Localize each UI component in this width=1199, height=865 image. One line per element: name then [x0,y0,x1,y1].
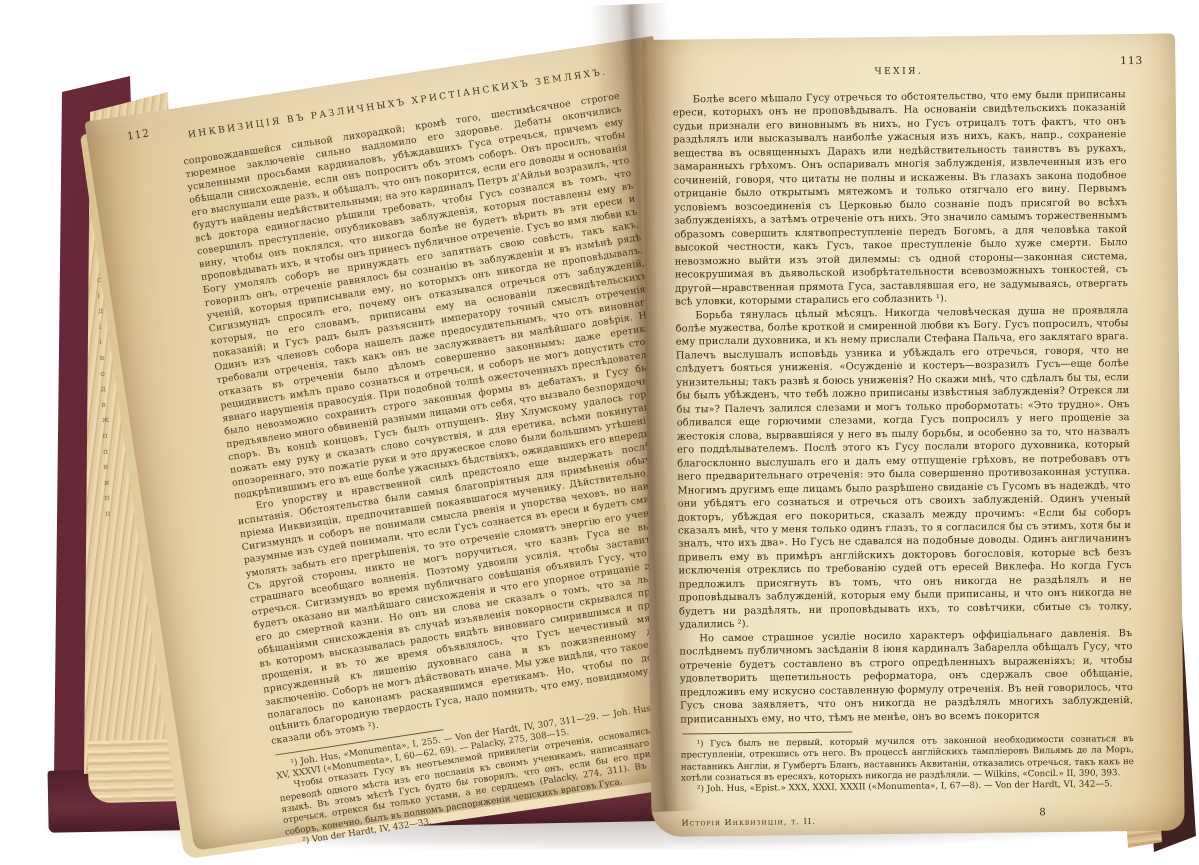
right-paragraph-3: Но самое страшное усиліе носило характер… [679,627,1133,727]
left-paragraph-1: сопровождавшейся сильной лихорадкой; кро… [183,90,672,503]
right-running-head-row: ЧЕХІЯ. 113 [672,56,1125,81]
right-paragraph-2: Борьба тянулась цѣлый мѣсяцъ. Никогда че… [675,304,1132,633]
book-photo: 112 ИНКВИЗИЦІЯ ВЪ РАЗЛИЧНЫХЪ ХРИСТІАНСКИ… [0,0,1199,865]
right-running-head: ЧЕХІЯ. [874,66,923,78]
volume-footer-label: Исторія Инквизиціи, т. II. [682,817,816,828]
gathering-signature-number: 8 [1039,807,1046,818]
right-footnote-1: ¹) Гусъ былъ не первый, который мучился … [681,734,1135,785]
right-page-footer: Исторія Инквизиціи, т. II. 8 [681,805,1134,825]
left-page-number: 112 [126,127,151,142]
right-footnote-rule [682,732,852,735]
right-page-number: 113 [1120,55,1143,67]
right-paragraph-1: Болѣе всего мѣшало Гусу отречься то обст… [673,88,1129,309]
right-page: ЧЕХІЯ. 113 Болѣе всего мѣшало Гусу отреч… [642,33,1185,836]
